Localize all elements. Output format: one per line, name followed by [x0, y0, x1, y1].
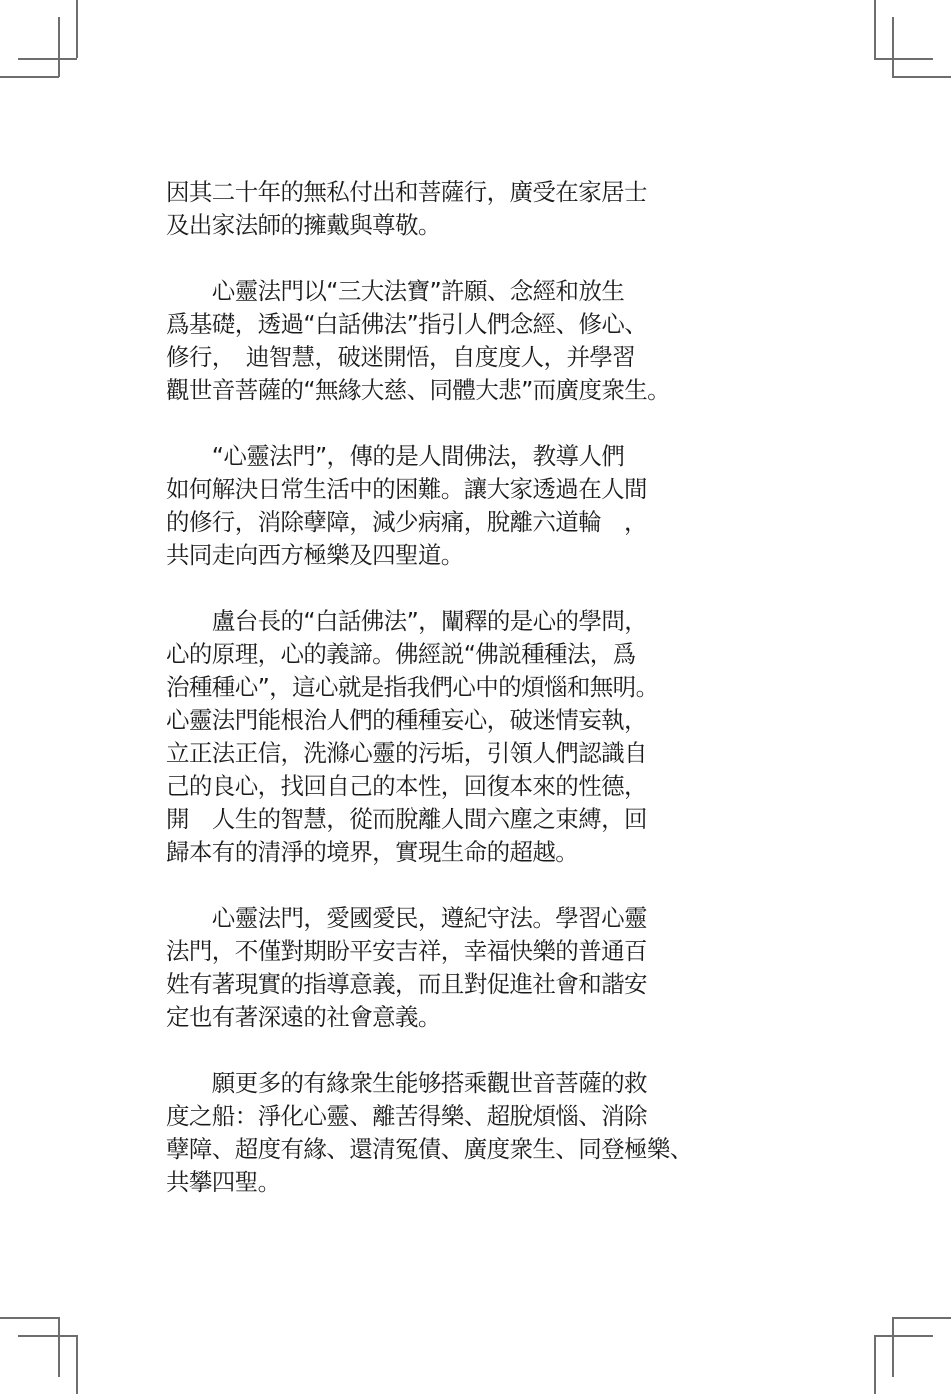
crop-mark [0, 1317, 59, 1319]
text-line: 共攀四聖。 [166, 1166, 702, 1199]
text-line: 如何解決日常生活中的困難。讓大家透過在人間 [166, 473, 702, 506]
text-line: 姓有著現實的指導意義，而且對促進社會和諧安 [166, 968, 702, 1001]
text-line: 治種種心”，這心就是指我們心中的煩惱和無明。 [166, 671, 702, 704]
text-line: 立正法正信，洗滌心靈的污垢，引領人們認識自 [166, 737, 702, 770]
text-line: 心靈法門以“三大法寶”許願、念經和放生 [166, 275, 702, 308]
text-line: “心靈法門”，傳的是人間佛法，教導人們 [166, 440, 702, 473]
crop-mark [892, 76, 951, 78]
crop-mark [892, 1317, 894, 1377]
text-line: 願更多的有緣衆生能够搭乘觀世音菩薩的救 [166, 1067, 702, 1100]
crop-mark [892, 17, 894, 77]
paragraph: 心靈法門，愛國愛民，遵紀守法。學習心靈 法門，不僅對期盼平安吉祥，幸福快樂的普通… [166, 902, 702, 1034]
text-line: 爲基礎，透過“白話佛法”指引人們念經、修心、 [166, 308, 702, 341]
paragraph: “心靈法門”，傳的是人間佛法，教導人們 如何解決日常生活中的困難。讓大家透過在人… [166, 440, 702, 572]
text-line: 盧台長的“白話佛法”，闡釋的是心的學問， [166, 605, 702, 638]
text-line: 度之船：淨化心靈、離苦得樂、超脫煩惱、消除 [166, 1100, 702, 1133]
text-line: 孽障、超度有緣、還清冤債、廣度衆生、同登極樂、 [166, 1133, 702, 1166]
crop-mark [874, 1335, 876, 1394]
crop-mark [18, 1335, 77, 1337]
paragraph: 願更多的有緣衆生能够搭乘觀世音菩薩的救 度之船：淨化心靈、離苦得樂、超脫煩惱、消… [166, 1067, 702, 1199]
text-line: 觀世音菩薩的“無緣大慈、同體大悲”而廣度衆生。 [166, 374, 702, 407]
text-line: 定也有著深遠的社會意義。 [166, 1001, 702, 1034]
crop-mark [76, 0, 78, 58]
crop-mark [18, 58, 77, 60]
text-line: 開 人生的智慧，從而脫離人間六塵之束縛，回 [166, 803, 702, 836]
text-line: 心靈法門能根治人們的種種妄心，破迷情妄執， [166, 704, 702, 737]
crop-mark [58, 17, 60, 77]
crop-mark [874, 58, 933, 60]
text-line: 共同走向西方極樂及四聖道。 [166, 539, 702, 572]
text-line: 歸本有的清淨的境界，實現生命的超越。 [166, 836, 702, 869]
text-line: 的修行，消除孽障，減少病痛，脫離六道輪 ， [166, 506, 702, 539]
text-line: 修行， 迪智慧，破迷開悟，自度度人，并學習 [166, 341, 702, 374]
page-body: 因其二十年的無私付出和菩薩行，廣受在家居士 及出家法師的擁戴與尊敬。 心靈法門以… [166, 176, 702, 1232]
crop-mark [0, 76, 59, 78]
crop-mark [892, 1317, 951, 1319]
text-line: 因其二十年的無私付出和菩薩行，廣受在家居士 [166, 176, 702, 209]
crop-mark [76, 1335, 78, 1394]
paragraph: 心靈法門以“三大法寶”許願、念經和放生 爲基礎，透過“白話佛法”指引人們念經、修… [166, 275, 702, 407]
paragraph: 盧台長的“白話佛法”，闡釋的是心的學問， 心的原理，心的義諦。佛經説“佛説種種法… [166, 605, 702, 869]
text-line: 心靈法門，愛國愛民，遵紀守法。學習心靈 [166, 902, 702, 935]
text-line: 心的原理，心的義諦。佛經説“佛説種種法，爲 [166, 638, 702, 671]
crop-mark [58, 1317, 60, 1377]
paragraph: 因其二十年的無私付出和菩薩行，廣受在家居士 及出家法師的擁戴與尊敬。 [166, 176, 702, 242]
text-line: 法門，不僅對期盼平安吉祥，幸福快樂的普通百 [166, 935, 702, 968]
text-line: 己的良心，找回自己的本性，回復本來的性德， [166, 770, 702, 803]
text-line: 及出家法師的擁戴與尊敬。 [166, 209, 702, 242]
crop-mark [874, 0, 876, 58]
crop-mark [874, 1335, 933, 1337]
